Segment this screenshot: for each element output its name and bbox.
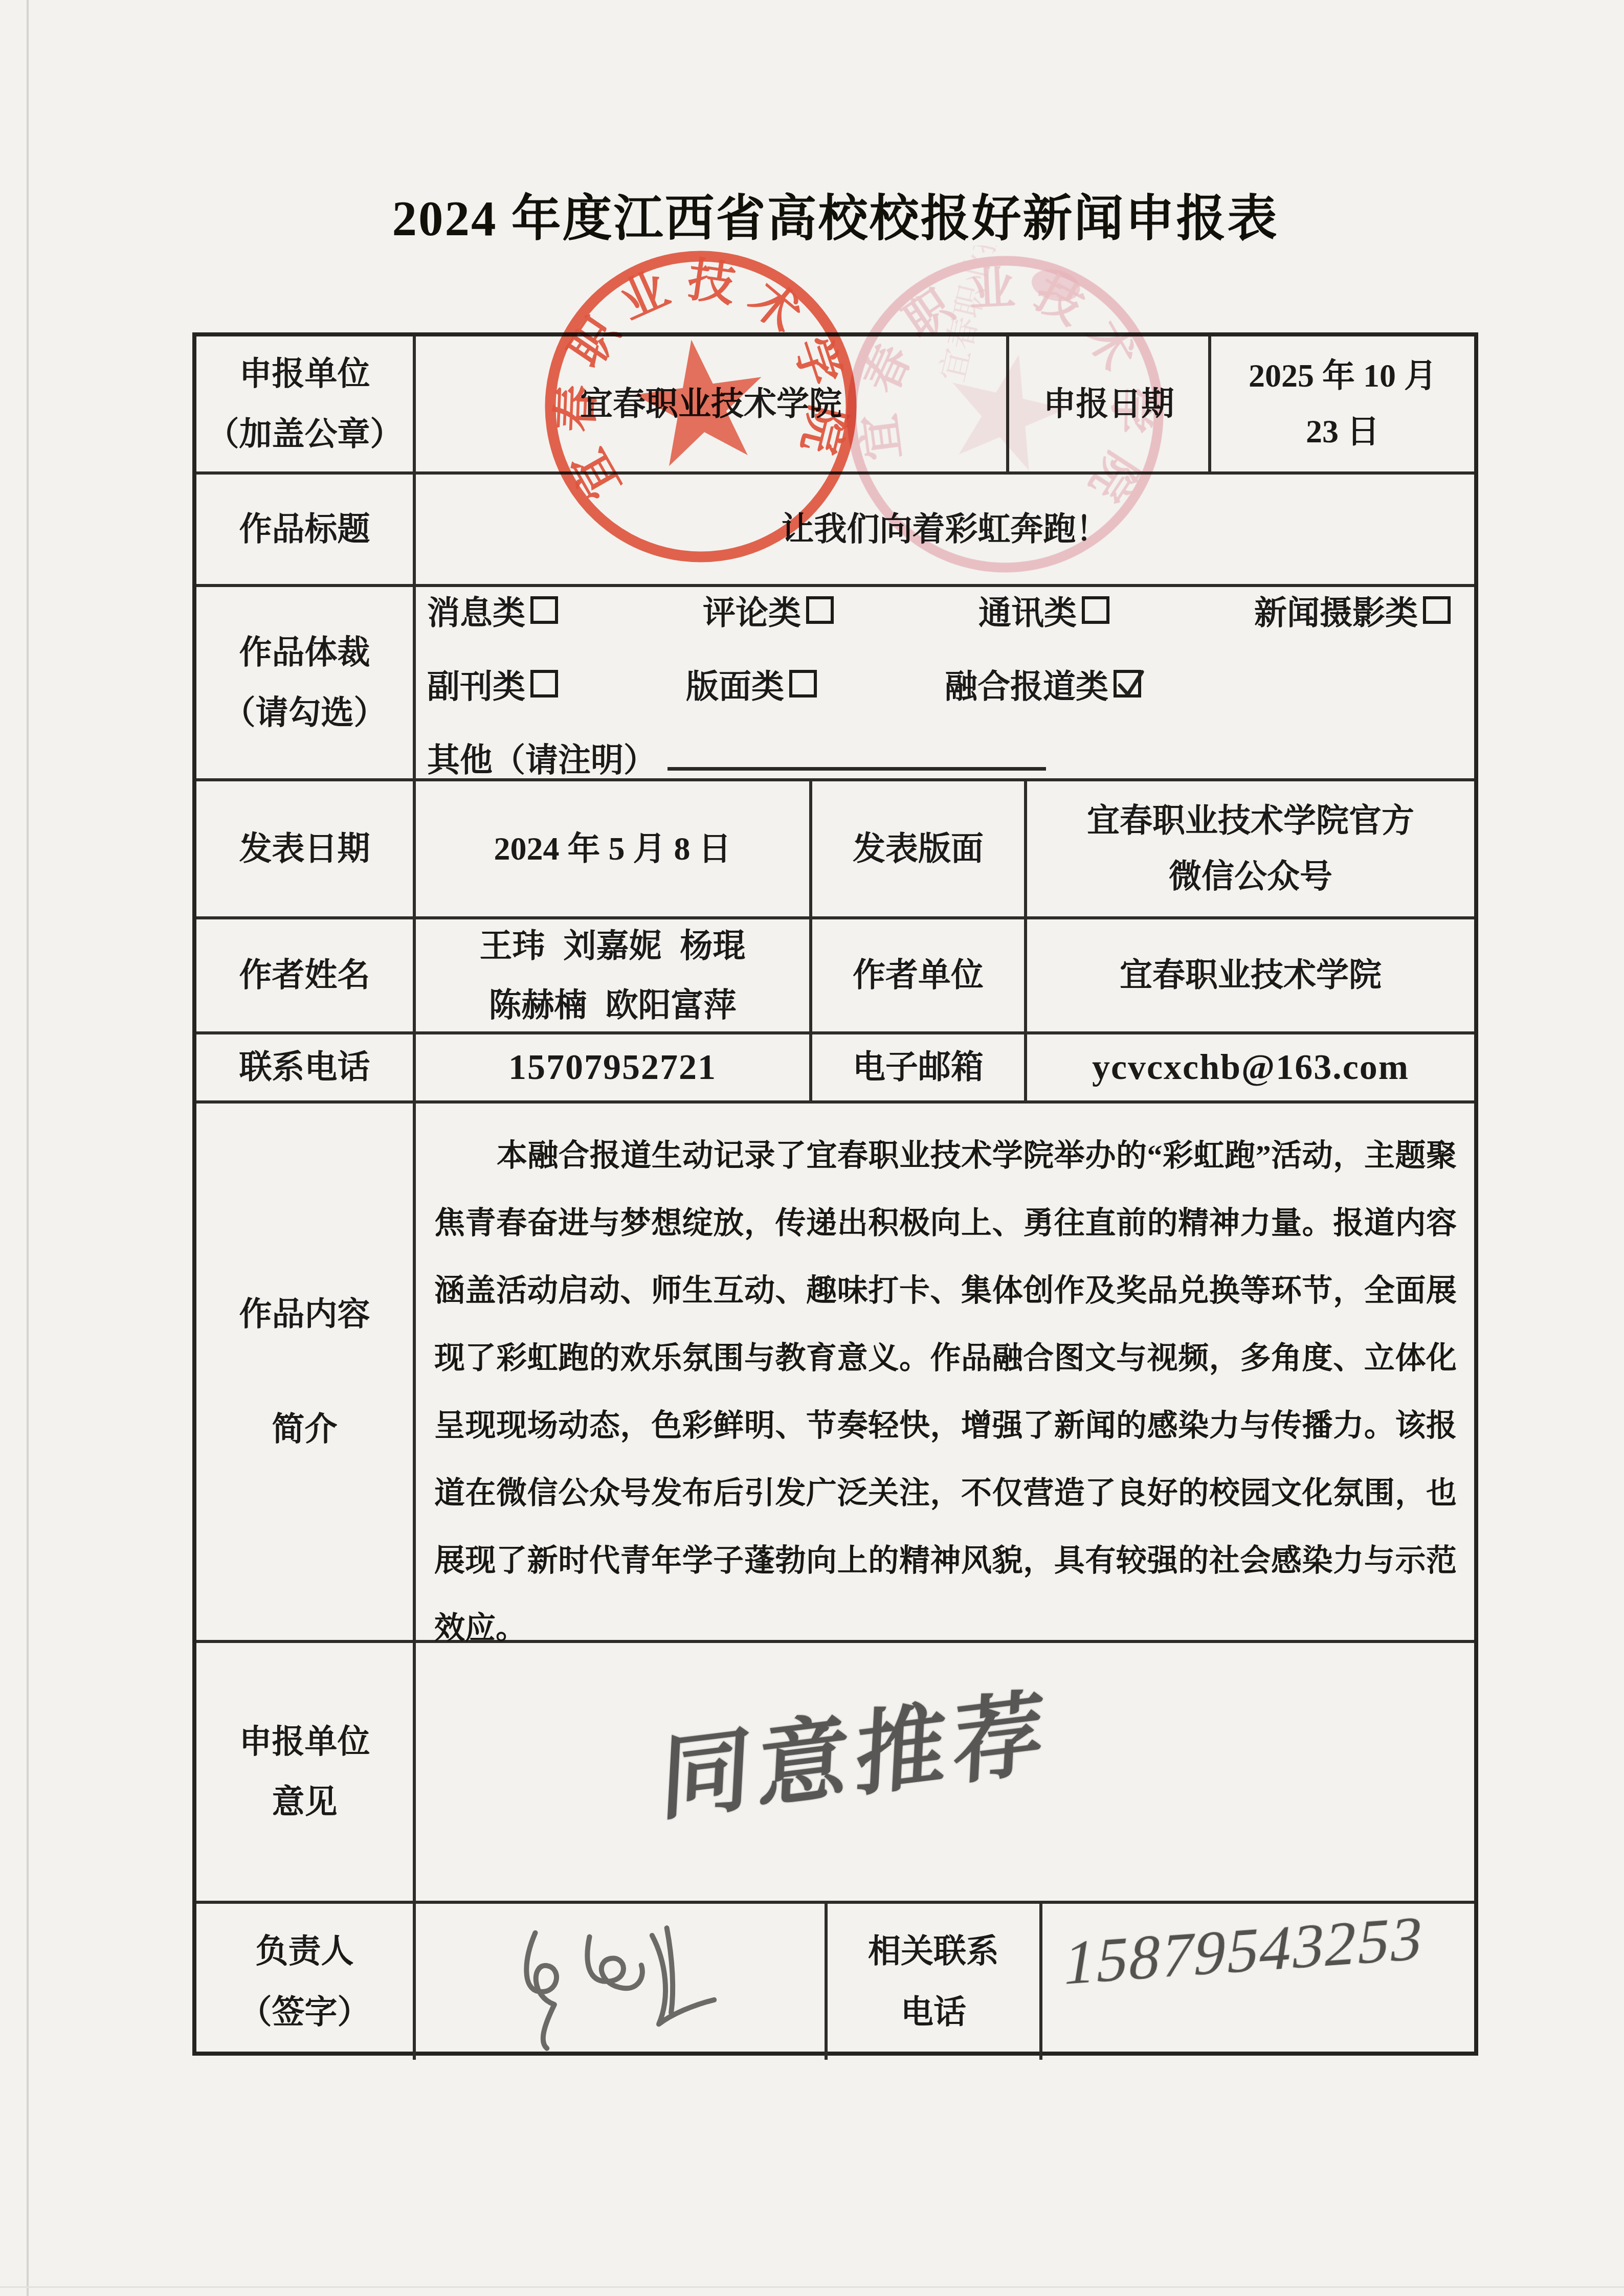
work-title-value: 让我们向着彩虹奔跑！	[782, 502, 1109, 557]
scan-page-edge	[27, 0, 29, 2296]
summary-label-line2: 简介	[272, 1411, 338, 1447]
summary-label-line1: 作品内容	[239, 1296, 370, 1332]
summary-text: 本融合报道生动记录了宜春职业技术学院举办的“彩虹跑”活动，主题聚焦青春奋进与梦想…	[434, 1122, 1457, 1662]
authors-line2: 陈赫楠 欧阳富萍	[489, 987, 737, 1023]
genre-label-cell: 作品体裁 （请勾选）	[196, 587, 416, 778]
author-unit-label: 作者单位	[853, 945, 984, 1005]
checkbox-fusion-checked	[1114, 670, 1141, 697]
genre-option-supplement: 副刊类	[427, 660, 558, 707]
responsible-label-line1: 负责人	[256, 1933, 354, 1969]
publish-page-value-cell: 宜春职业技术学院官方 微信公众号	[1027, 781, 1474, 916]
row-declare-unit: 申报单位 （加盖公章） 宜春职业技术学院 申报日期 2025 年 10 月 23…	[196, 336, 1474, 475]
responsible-label-cell: 负责人 （签字）	[196, 1904, 416, 2060]
publish-page-label: 发表版面	[853, 819, 984, 879]
publish-date-label-cell: 发表日期	[196, 781, 416, 916]
responsible-contact-label-cell: 相关联系 电话	[828, 1904, 1042, 2060]
publish-date-value: 2024 年 5 月 8 日	[494, 821, 731, 877]
summary-text-cell: 本融合报道生动记录了宜春职业技术学院举办的“彩虹跑”活动，主题聚焦青春奋进与梦想…	[416, 1104, 1474, 1640]
work-title-label: 作品标题	[239, 499, 370, 559]
contact-email-value: ycvcxchb@163.com	[1092, 1037, 1409, 1098]
genre-other-label: 其他（请注明）	[427, 734, 656, 781]
author-unit-label-cell: 作者单位	[812, 919, 1027, 1031]
checkbox-communication-unchecked	[1082, 596, 1109, 624]
work-title-value-cell: 让我们向着彩虹奔跑！	[416, 475, 1474, 584]
checkbox-supplement-unchecked	[530, 670, 558, 697]
contact-phone-label-cell: 联系电话	[196, 1034, 416, 1100]
authors-label-cell: 作者姓名	[196, 919, 416, 1031]
row-summary: 作品内容 简介 本融合报道生动记录了宜春职业技术学院举办的“彩虹跑”活动，主题聚…	[196, 1104, 1474, 1643]
row-work-title: 作品标题 让我们向着彩虹奔跑！	[196, 475, 1474, 587]
row-publish: 发表日期 2024 年 5 月 8 日 发表版面 宜春职业技术学院官方 微信公众…	[196, 781, 1474, 919]
authors-value-cell: 王玮 刘嘉妮 杨琨 陈赫楠 欧阳富萍	[416, 919, 812, 1031]
contact-phone-value: 15707952721	[508, 1037, 717, 1098]
declare-date-line1: 2025 年 10 月	[1249, 357, 1437, 394]
authors-label: 作者姓名	[239, 945, 370, 1005]
declare-unit-value-cell: 宜春职业技术学院	[416, 336, 1009, 471]
opinion-label-cell: 申报单位 意见	[196, 1643, 416, 1901]
genre-label-line2: （请勾选）	[223, 694, 387, 731]
row-contact: 联系电话 15707952721 电子邮箱 ycvcxchb@163.com	[196, 1034, 1474, 1104]
responsible-contact-label-line1: 相关联系	[868, 1933, 999, 1969]
checkbox-message-unchecked	[530, 596, 558, 624]
authors-line1: 王玮 刘嘉妮 杨琨	[480, 928, 746, 964]
scan-page-edge-bottom	[0, 2286, 1624, 2288]
publish-date-value-cell: 2024 年 5 月 8 日	[416, 781, 812, 916]
summary-label-cell: 作品内容 简介	[196, 1104, 416, 1640]
genre-option-fusion: 融合报道类	[945, 660, 1141, 707]
page-title: 2024 年度江西省高校校报好新闻申报表	[192, 178, 1478, 250]
genre-option-communication: 通讯类	[978, 587, 1109, 634]
declare-unit-label-line2: （加盖公章）	[207, 416, 403, 452]
opinion-label-line2: 意见	[272, 1784, 338, 1820]
declare-unit-value: 宜春职业技术学院	[580, 376, 842, 432]
genre-option-comment: 评论类	[703, 587, 834, 634]
responsible-label-line2: （签字）	[239, 1994, 370, 2030]
author-unit-value-cell: 宜春职业技术学院	[1027, 919, 1474, 1031]
contact-email-label: 电子邮箱	[853, 1037, 984, 1097]
genre-option-layout: 版面类	[686, 660, 817, 707]
declare-unit-label-line1: 申报单位	[239, 355, 370, 392]
publish-page-line1: 宜春职业技术学院官方	[1087, 802, 1414, 839]
contact-phone-label: 联系电话	[239, 1037, 370, 1097]
checkbox-photo-unchecked	[1423, 596, 1451, 624]
scanned-application-form: 2024 年度江西省高校校报好新闻申报表 申报单位 （加盖公章） 宜春职业技术学…	[0, 0, 1624, 2296]
declare-date-line2: 23 日	[1306, 413, 1380, 449]
declare-unit-label-cell: 申报单位 （加盖公章）	[196, 336, 416, 471]
opinion-label-line1: 申报单位	[239, 1723, 370, 1760]
row-genre: 作品体裁 （请勾选） 消息类 评论类 通讯类 新闻摄影类 副刊类 版面类 融合报…	[196, 587, 1474, 781]
genre-option-message: 消息类	[427, 587, 558, 634]
responsible-person-signature	[491, 1902, 757, 2058]
genre-label-line1: 作品体裁	[239, 634, 370, 670]
contact-email-label-cell: 电子邮箱	[812, 1034, 1027, 1100]
genre-options-cell: 消息类 评论类 通讯类 新闻摄影类 副刊类 版面类 融合报道类 其他（请注明）	[416, 587, 1474, 778]
work-title-label-cell: 作品标题	[196, 475, 416, 584]
checkbox-layout-unchecked	[789, 670, 817, 697]
responsible-contact-label-line2: 电话	[901, 1994, 966, 2030]
publish-page-label-cell: 发表版面	[812, 781, 1027, 916]
publish-page-line2: 微信公众号	[1169, 858, 1332, 894]
row-authors: 作者姓名 王玮 刘嘉妮 杨琨 陈赫楠 欧阳富萍 作者单位 宜春职业技术学院	[196, 919, 1474, 1034]
declare-date-label: 申报日期	[1043, 374, 1174, 434]
declare-date-value-cell: 2025 年 10 月 23 日	[1211, 336, 1474, 471]
checkbox-comment-unchecked	[806, 596, 834, 624]
genre-option-photo: 新闻摄影类	[1254, 587, 1451, 634]
publish-date-label: 发表日期	[239, 819, 370, 879]
author-unit-value: 宜春职业技术学院	[1120, 948, 1382, 1003]
contact-email-value-cell: ycvcxchb@163.com	[1027, 1034, 1474, 1100]
declare-date-label-cell: 申报日期	[1009, 336, 1211, 471]
contact-phone-value-cell: 15707952721	[416, 1034, 812, 1100]
genre-other-blank-line	[668, 763, 1046, 771]
